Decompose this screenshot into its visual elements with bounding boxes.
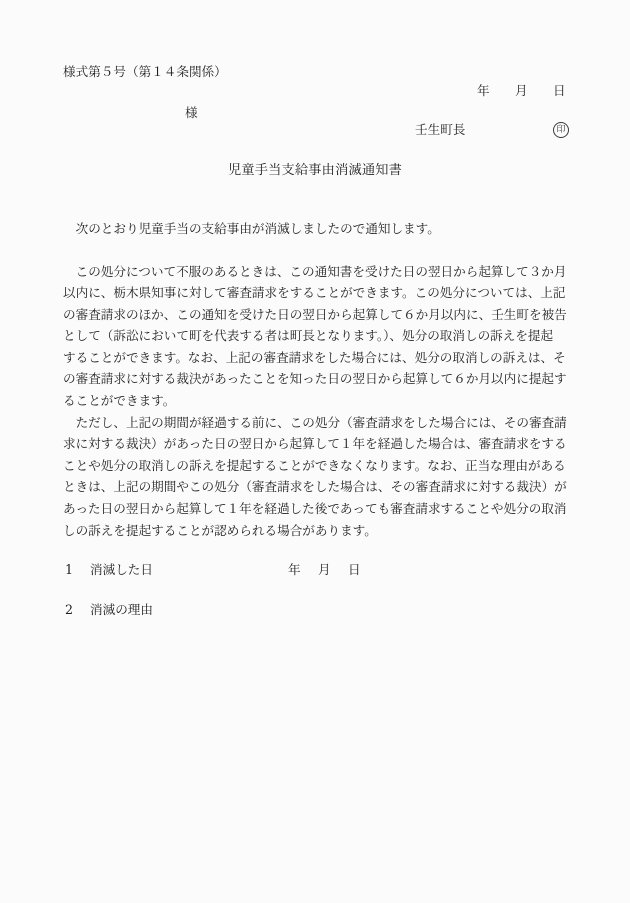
appeal-line: この処分について不服のあるときは、この通知書を受けた日の翌日から起算して３か月 [63,261,573,283]
item-row-extinction-date: 1 消滅した日 年 月 日 [63,559,573,581]
appeal-line: ときは、上記の期間やこの処分（審査請求をした場合は、その審査請求に対する裁決）が [63,476,573,498]
appeal-line: 求に対する裁決）があった日の翌日から起算して１年を経過した場合は、審査請求をする [63,433,573,455]
extinction-date-month-label: 月 [318,559,331,581]
seal-text: 印 [556,125,565,135]
appeal-line: の審査請求に対する裁決があったことを知った日の翌日から起算して６か月以内に提起す [63,368,573,390]
appeal-paragraph: この処分について不服のあるときは、この通知書を受けた日の翌日から起算して３か月 … [63,261,573,542]
appeal-line: することができます。なお、上記の審査請求をした場合には、処分の取消しの訴えは、そ [63,347,573,369]
issuer-name: 壬生町長 [415,121,465,139]
issue-date-year-label: 年 [477,82,490,100]
document-page: 様式第５号（第１４条関係） 年 月 日 様 壬生町長 印 児童手当支給事由消滅通… [0,0,630,903]
item-row-extinction-reason: 2 消滅の理由 [63,599,573,621]
appeal-line: あった日の翌日から起算して１年を経過した後であっても審査請求することや処分の取消 [63,498,573,520]
appeal-line: しの訴えを提起することが認められる場合があります。 [63,520,573,542]
addressee-honorific: 様 [185,104,198,122]
item-number: 2 [65,599,73,621]
issuer-line: 壬生町長 印 [415,121,575,139]
item-label: 消滅した日 [90,559,153,581]
document-title: 児童手当支給事由消滅通知書 [0,161,630,181]
appeal-line: ことや処分の取消しの訴えを提起することができなくなります。なお、正当な理由がある [63,455,573,477]
appeal-line: として（訴訟において町を代表する者は町長となります。）、処分の取消しの訴えを提起 [63,325,573,347]
appeal-line: ることができます。 [63,390,573,412]
intro-paragraph: 次のとおり児童手当の支給事由が消滅しましたので通知します。 [63,218,440,240]
extinction-date-year-label: 年 [288,559,301,581]
issue-date-day-label: 日 [553,82,566,100]
seal-icon: 印 [553,122,569,138]
item-number: 1 [65,559,73,581]
appeal-line: ただし、上記の期間が経過する前に、この処分（審査請求をした場合には、その審査請 [63,412,573,434]
form-number: 様式第５号（第１４条関係） [63,63,227,81]
appeal-line: の審査請求のほか、この通知を受けた日の翌日から起算して６か月以内に、壬生町を被告 [63,304,573,326]
extinction-date-day-label: 日 [348,559,361,581]
issue-date-month-label: 月 [515,82,528,100]
appeal-line: 以内に、栃木県知事に対して審査請求をすることができます。この処分については、上記 [63,282,573,304]
item-label: 消滅の理由 [90,599,153,621]
